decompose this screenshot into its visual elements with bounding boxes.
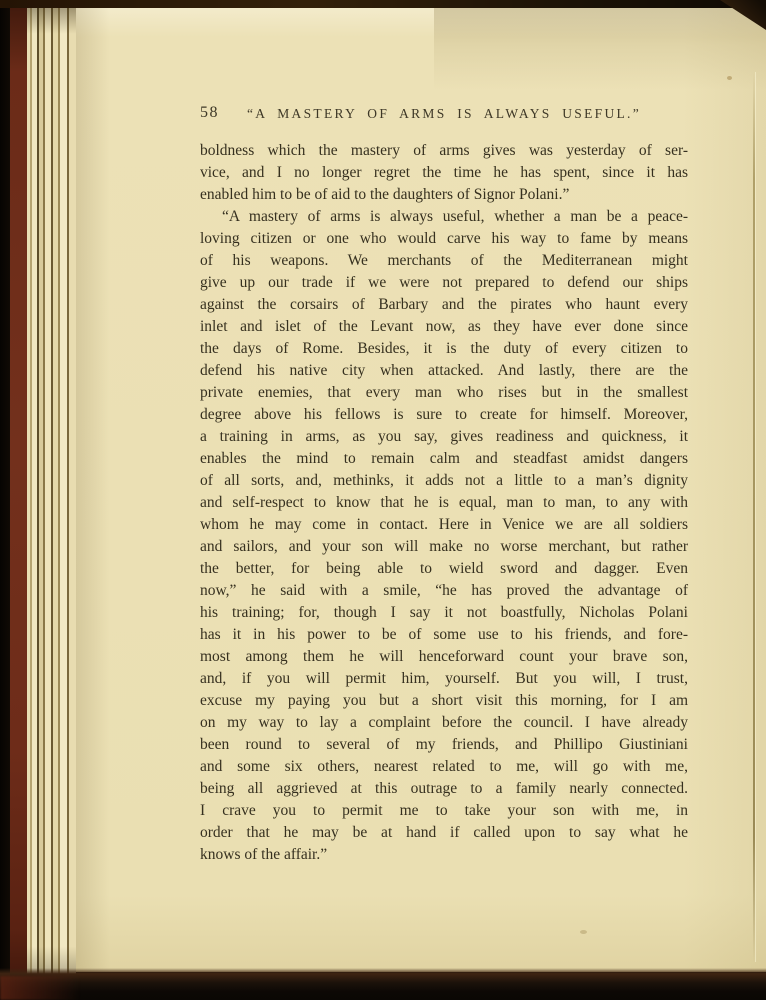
text-line: of all sorts, and, methinks, it adds not… <box>200 470 688 492</box>
text-line: on my way to lay a complaint before the … <box>200 712 688 734</box>
text-line: a training in arms, as you say, gives re… <box>200 426 688 448</box>
paragraph: “A mastery of arms is always useful, whe… <box>200 206 688 866</box>
text-line: loving citizen or one who would carve hi… <box>200 228 688 250</box>
text-line: enabled him to be of aid to the daughter… <box>200 184 688 206</box>
text-line: the better, for being able to wield swor… <box>200 558 688 580</box>
text-line: and self-respect to know that he is equa… <box>200 492 688 514</box>
paragraph: boldness which the mastery of arms gives… <box>200 140 688 206</box>
paper-speck <box>580 930 587 934</box>
cover-bottom-glow <box>0 976 80 1000</box>
top-dark-band <box>0 0 766 8</box>
bottom-dark-band <box>0 968 766 1000</box>
text-line: enables the mind to remain calm and stea… <box>200 448 688 470</box>
text-line: now,” he said with a smile, “he has prov… <box>200 580 688 602</box>
text-line: and, if you will permit him, yourself. B… <box>200 668 688 690</box>
text-line: order that he may be at hand if called u… <box>200 822 688 844</box>
page-number: 58 <box>200 104 219 122</box>
text-line: inlet and islet of the Levant now, as th… <box>200 316 688 338</box>
text-line: I crave you to permit me to take your so… <box>200 800 688 822</box>
text-line: most among them he will henceforward cou… <box>200 646 688 668</box>
running-head: 58 “A MASTERY OF ARMS IS ALWAYS USEFUL.” <box>200 104 688 126</box>
text-line: of his weapons. We merchants of the Medi… <box>200 250 688 272</box>
text-line: and sailors, and your son will make no w… <box>200 536 688 558</box>
book-cover-edge <box>8 2 27 998</box>
text-line: against the corsairs of Barbary and the … <box>200 294 688 316</box>
scanned-page: 58 “A MASTERY OF ARMS IS ALWAYS USEFUL.”… <box>75 8 766 972</box>
text-line: private enemies, that every man who rise… <box>200 382 688 404</box>
text-line: knows of the affair.” <box>200 844 688 866</box>
paper-speck <box>727 76 732 80</box>
page-stack-edges <box>25 4 76 996</box>
left-gutter-shadow <box>0 0 10 1000</box>
text-line: been round to several of my friends, and… <box>200 734 688 756</box>
text-line: defend his native city when attacked. An… <box>200 360 688 382</box>
text-line: his training; for, though I say it not b… <box>200 602 688 624</box>
text-line: and some six others, nearest related to … <box>200 756 688 778</box>
running-title: “A MASTERY OF ARMS IS ALWAYS USEFUL.” <box>200 104 688 122</box>
text-line: degree above his fellows is sure to crea… <box>200 404 688 426</box>
page-right-edge <box>753 72 755 962</box>
text-line: has it in his power to be of some use to… <box>200 624 688 646</box>
text-line: the days of Rome. Besides, it is the dut… <box>200 338 688 360</box>
page-curvature-shadow <box>434 8 766 90</box>
text-line: boldness which the mastery of arms gives… <box>200 140 688 162</box>
text-line: excuse my paying you but a short visit t… <box>200 690 688 712</box>
text-line: being all aggrieved at this outrage to a… <box>200 778 688 800</box>
text-line: “A mastery of arms is always useful, whe… <box>200 206 688 228</box>
text-line: whom he may come in contact. Here in Ven… <box>200 514 688 536</box>
scanned-book-photo: 58 “A MASTERY OF ARMS IS ALWAYS USEFUL.”… <box>0 0 766 1000</box>
text-line: give up our trade if we were not prepare… <box>200 272 688 294</box>
body-text: boldness which the mastery of arms gives… <box>200 140 688 866</box>
text-line: vice, and I no longer regret the time he… <box>200 162 688 184</box>
